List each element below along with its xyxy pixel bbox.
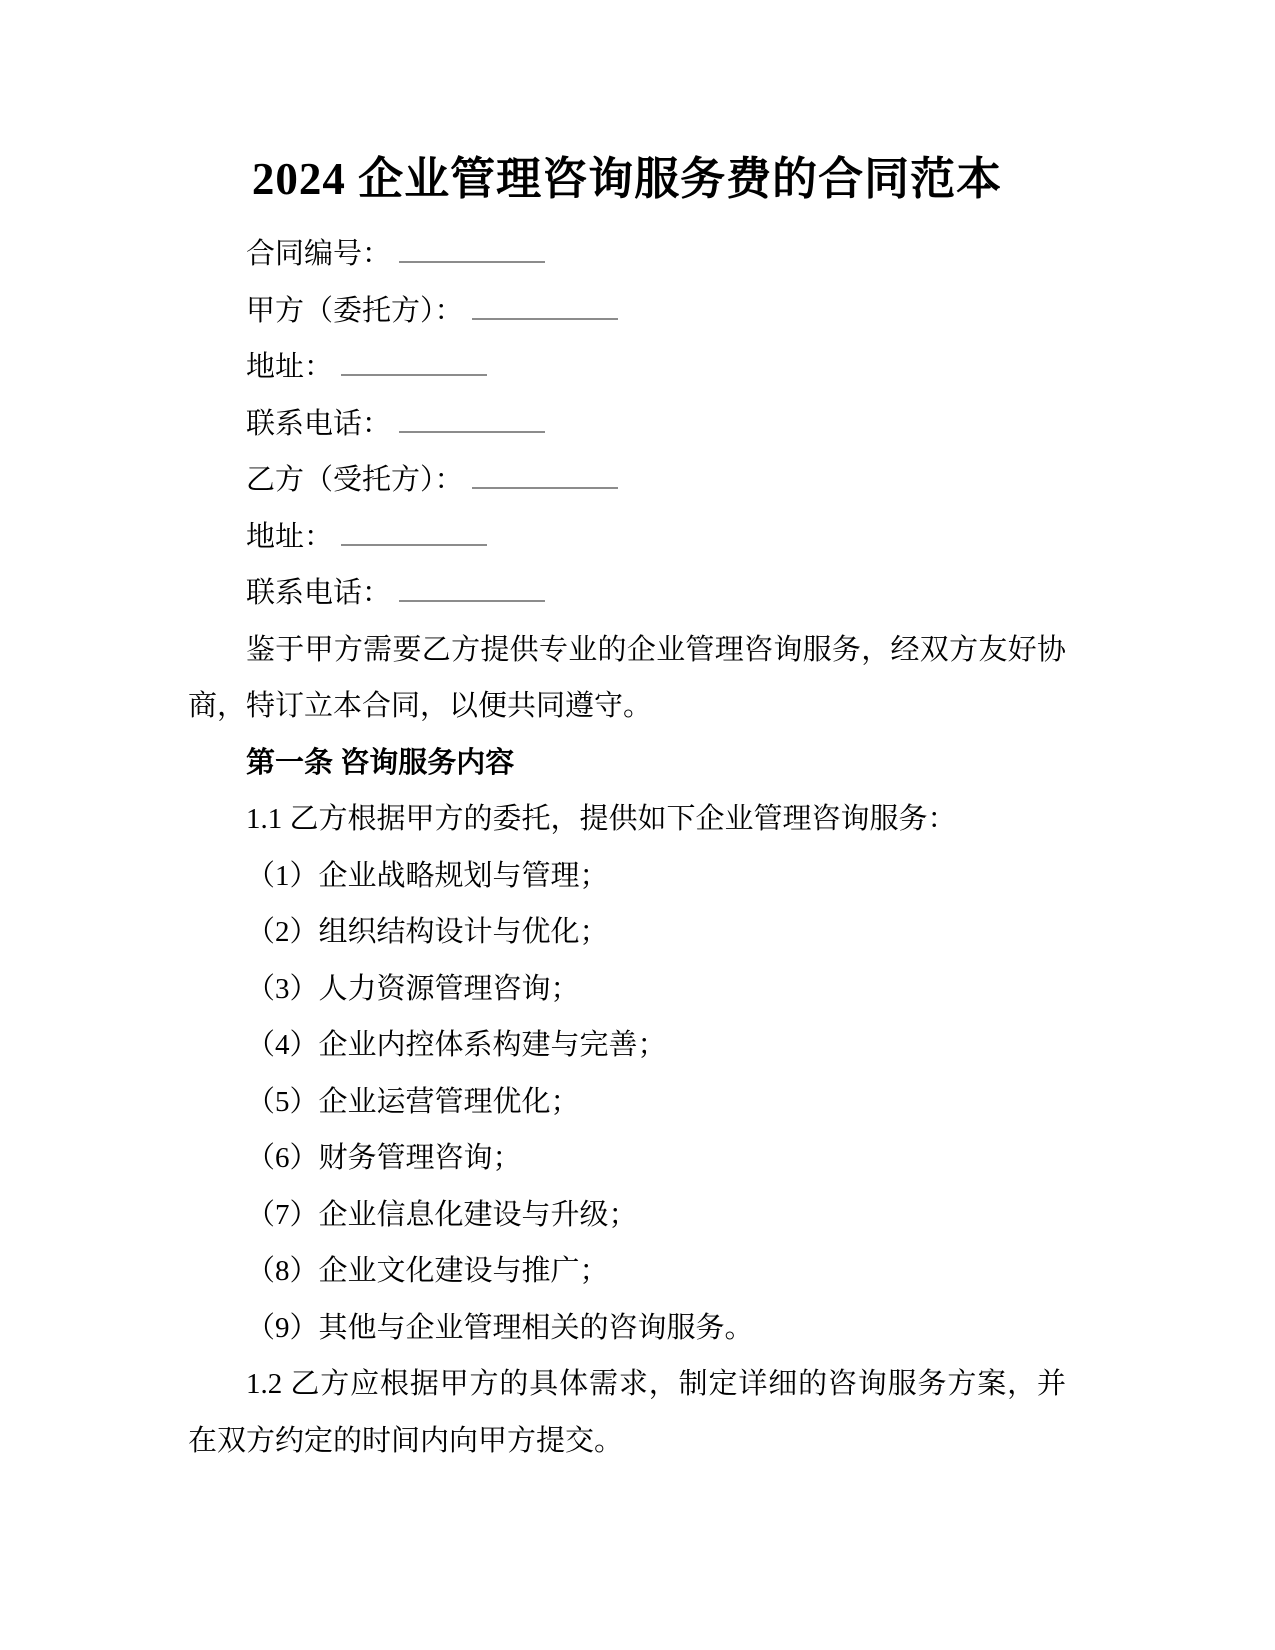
fill-in-blank-party-b-phone (399, 574, 545, 602)
document-page: 2024 企业管理咨询服务费的合同范本 合同编号： 甲方（委托方）： 地址： 联… (0, 0, 1275, 1650)
field-row-party-a: 甲方（委托方）： (188, 283, 1066, 340)
clause-1-2: 1.2 乙方应根据甲方的具体需求，制定详细的咨询服务方案，并在双方约定的时间内向… (188, 1356, 1066, 1469)
service-item-4: （4）企业内控体系构建与完善； (188, 1017, 1066, 1074)
document-content: 2024 企业管理咨询服务费的合同范本 合同编号： 甲方（委托方）： 地址： 联… (188, 0, 1066, 1469)
service-item-9: （9）其他与企业管理相关的咨询服务。 (188, 1300, 1066, 1357)
service-item-7: （7）企业信息化建设与升级； (188, 1187, 1066, 1244)
field-label-party-b-address: 地址： (246, 521, 333, 553)
field-label-party-a-address: 地址： (246, 351, 333, 383)
field-row-contract-number: 合同编号： (188, 226, 1066, 283)
service-item-6: （6）财务管理咨询； (188, 1130, 1066, 1187)
field-label-contract-number: 合同编号： (246, 238, 391, 270)
field-row-party-a-address: 地址： (188, 339, 1066, 396)
service-item-2: （2）组织结构设计与优化； (188, 904, 1066, 961)
service-item-3: （3）人力资源管理咨询； (188, 961, 1066, 1018)
field-row-party-b-address: 地址： (188, 509, 1066, 566)
service-item-8: （8）企业文化建设与推广； (188, 1243, 1066, 1300)
field-row-party-b: 乙方（受托方）： (188, 452, 1066, 509)
fill-in-blank-party-b-address (341, 518, 487, 546)
field-label-party-a: 甲方（委托方）： (246, 295, 464, 327)
section-1-heading: 第一条 咨询服务内容 (188, 735, 1066, 792)
field-row-party-b-phone: 联系电话： (188, 565, 1066, 622)
clause-1-1: 1.1 乙方根据甲方的委托，提供如下企业管理咨询服务： (188, 791, 1066, 848)
service-item-1: （1）企业战略规划与管理； (188, 848, 1066, 905)
service-item-5: （5）企业运营管理优化； (188, 1074, 1066, 1131)
field-label-party-a-phone: 联系电话： (246, 408, 391, 440)
fill-in-blank-contract-number (399, 235, 545, 263)
field-row-party-a-phone: 联系电话： (188, 396, 1066, 453)
fill-in-blank-party-a-phone (399, 405, 545, 433)
field-label-party-b-phone: 联系电话： (246, 577, 391, 609)
fill-in-blank-party-b (472, 461, 618, 489)
fill-in-blank-party-a-address (341, 348, 487, 376)
preamble-paragraph: 鉴于甲方需要乙方提供专业的企业管理咨询服务，经双方友好协商，特订立本合同，以便共… (188, 622, 1066, 735)
document-body: 合同编号： 甲方（委托方）： 地址： 联系电话： 乙方（受托方）： 地址： 联系… (188, 226, 1066, 1469)
document-title: 2024 企业管理咨询服务费的合同范本 (188, 148, 1066, 210)
fill-in-blank-party-a (472, 292, 618, 320)
field-label-party-b: 乙方（受托方）： (246, 464, 464, 496)
